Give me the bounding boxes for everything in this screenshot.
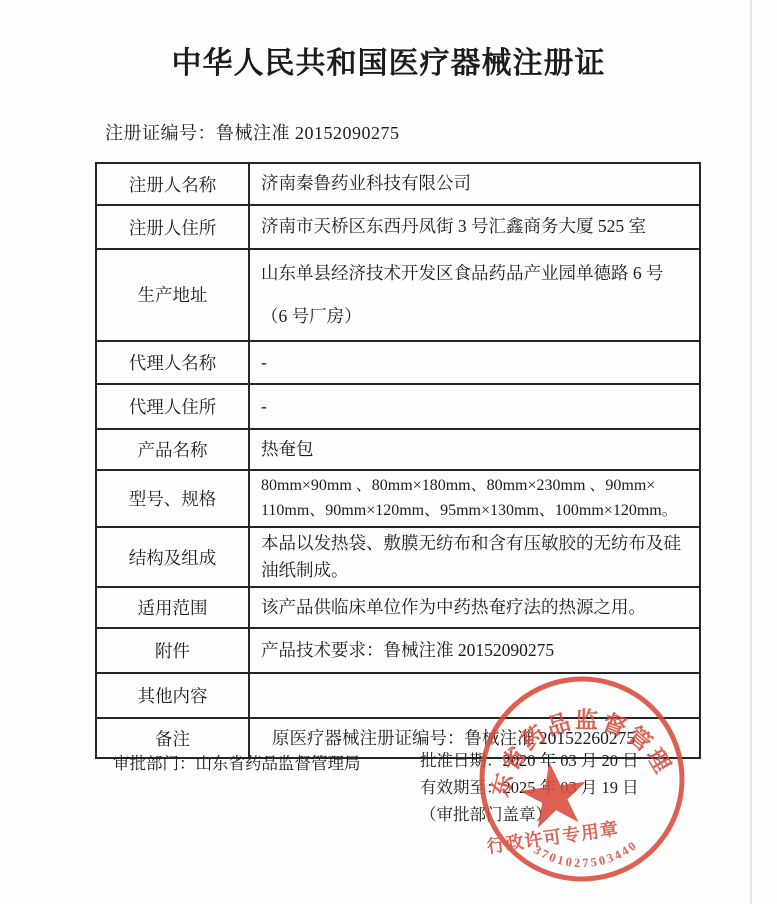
seal-note: （审批部门盖章） [420,801,639,828]
row-value: 济南市天桥区东西丹凤街 3 号汇鑫商务大厦 525 室 [249,205,700,249]
row-agent-address: 代理人住所 - [96,384,700,429]
row-registrant-name: 注册人名称 济南秦鲁药业科技有限公司 [96,163,700,205]
row-label: 代理人住所 [96,384,249,429]
certificate-table: 注册人名称 济南秦鲁药业科技有限公司 注册人住所 济南市天桥区东西丹凤街 3 号… [95,162,701,759]
page-title: 中华人民共和国医疗器械注册证 [0,38,777,82]
row-label: 结构及组成 [96,527,249,587]
row-label: 型号、规格 [96,470,249,527]
row-label: 产品名称 [96,429,249,470]
row-scope-of-application: 适用范围 该产品供临床单位作为中药热奄疗法的热源之用。 [96,587,700,628]
row-value: 山东单县经济技术开发区食品药品产业园单德路 6 号 （6 号厂房） [249,249,700,341]
row-value: 热奄包 [249,429,700,470]
valid-until: 有效期至：2025 年 03 月 19 日 [420,774,639,801]
row-value: 该产品供临床单位作为中药热奄疗法的热源之用。 [249,587,700,628]
row-label: 生产地址 [96,249,249,341]
certificate-page: 中华人民共和国医疗器械注册证 注册证编号：鲁械注准 20152090275 注册… [0,0,777,904]
row-structure-composition: 结构及组成 本品以发热袋、敷膜无纺布和含有压敏胶的无纺布及硅油纸制成。 [96,527,700,587]
row-value: 济南秦鲁药业科技有限公司 [249,163,700,205]
row-model-spec: 型号、规格 80mm×90mm 、80mm×180mm、80mm×230mm 、… [96,470,700,527]
row-product-name: 产品名称 热奄包 [96,429,700,470]
row-label: 其他内容 [96,673,249,718]
row-label: 适用范围 [96,587,249,628]
row-label: 代理人名称 [96,341,249,384]
row-registrant-address: 注册人住所 济南市天桥区东西丹凤街 3 号汇鑫商务大厦 525 室 [96,205,700,249]
row-value: 产品技术要求：鲁械注准 20152090275 [249,628,700,673]
row-label: 注册人名称 [96,163,249,205]
row-label: 注册人住所 [96,205,249,249]
seal-serial: 3701027503440 [530,829,643,878]
scan-edge-line [750,0,752,904]
approval-department: 审批部门：山东省药品监督管理局 [113,750,361,774]
approval-date: 批准日期：2020 年 03 月 20 日 [420,747,639,774]
registration-number-value: 鲁械注准 20152090275 [216,123,400,143]
row-production-address: 生产地址 山东单县经济技术开发区食品药品产业园单德路 6 号 （6 号厂房） [96,249,700,341]
row-value: - [249,341,700,384]
row-value: - [249,384,700,429]
row-other-content: 其他内容 [96,673,700,718]
row-value: 本品以发热袋、敷膜无纺布和含有压敏胶的无纺布及硅油纸制成。 [249,527,700,587]
row-attachment: 附件 产品技术要求：鲁械注准 20152090275 [96,628,700,673]
row-agent-name: 代理人名称 - [96,341,700,384]
row-value [249,673,700,718]
approval-info-block: 批准日期：2020 年 03 月 20 日 有效期至：2025 年 03 月 1… [420,747,639,828]
registration-number-line: 注册证编号：鲁械注准 20152090275 [105,119,400,145]
row-value: 80mm×90mm 、80mm×180mm、80mm×230mm 、90mm× … [249,470,700,527]
row-label: 附件 [96,628,249,673]
registration-number-label: 注册证编号： [105,123,216,143]
